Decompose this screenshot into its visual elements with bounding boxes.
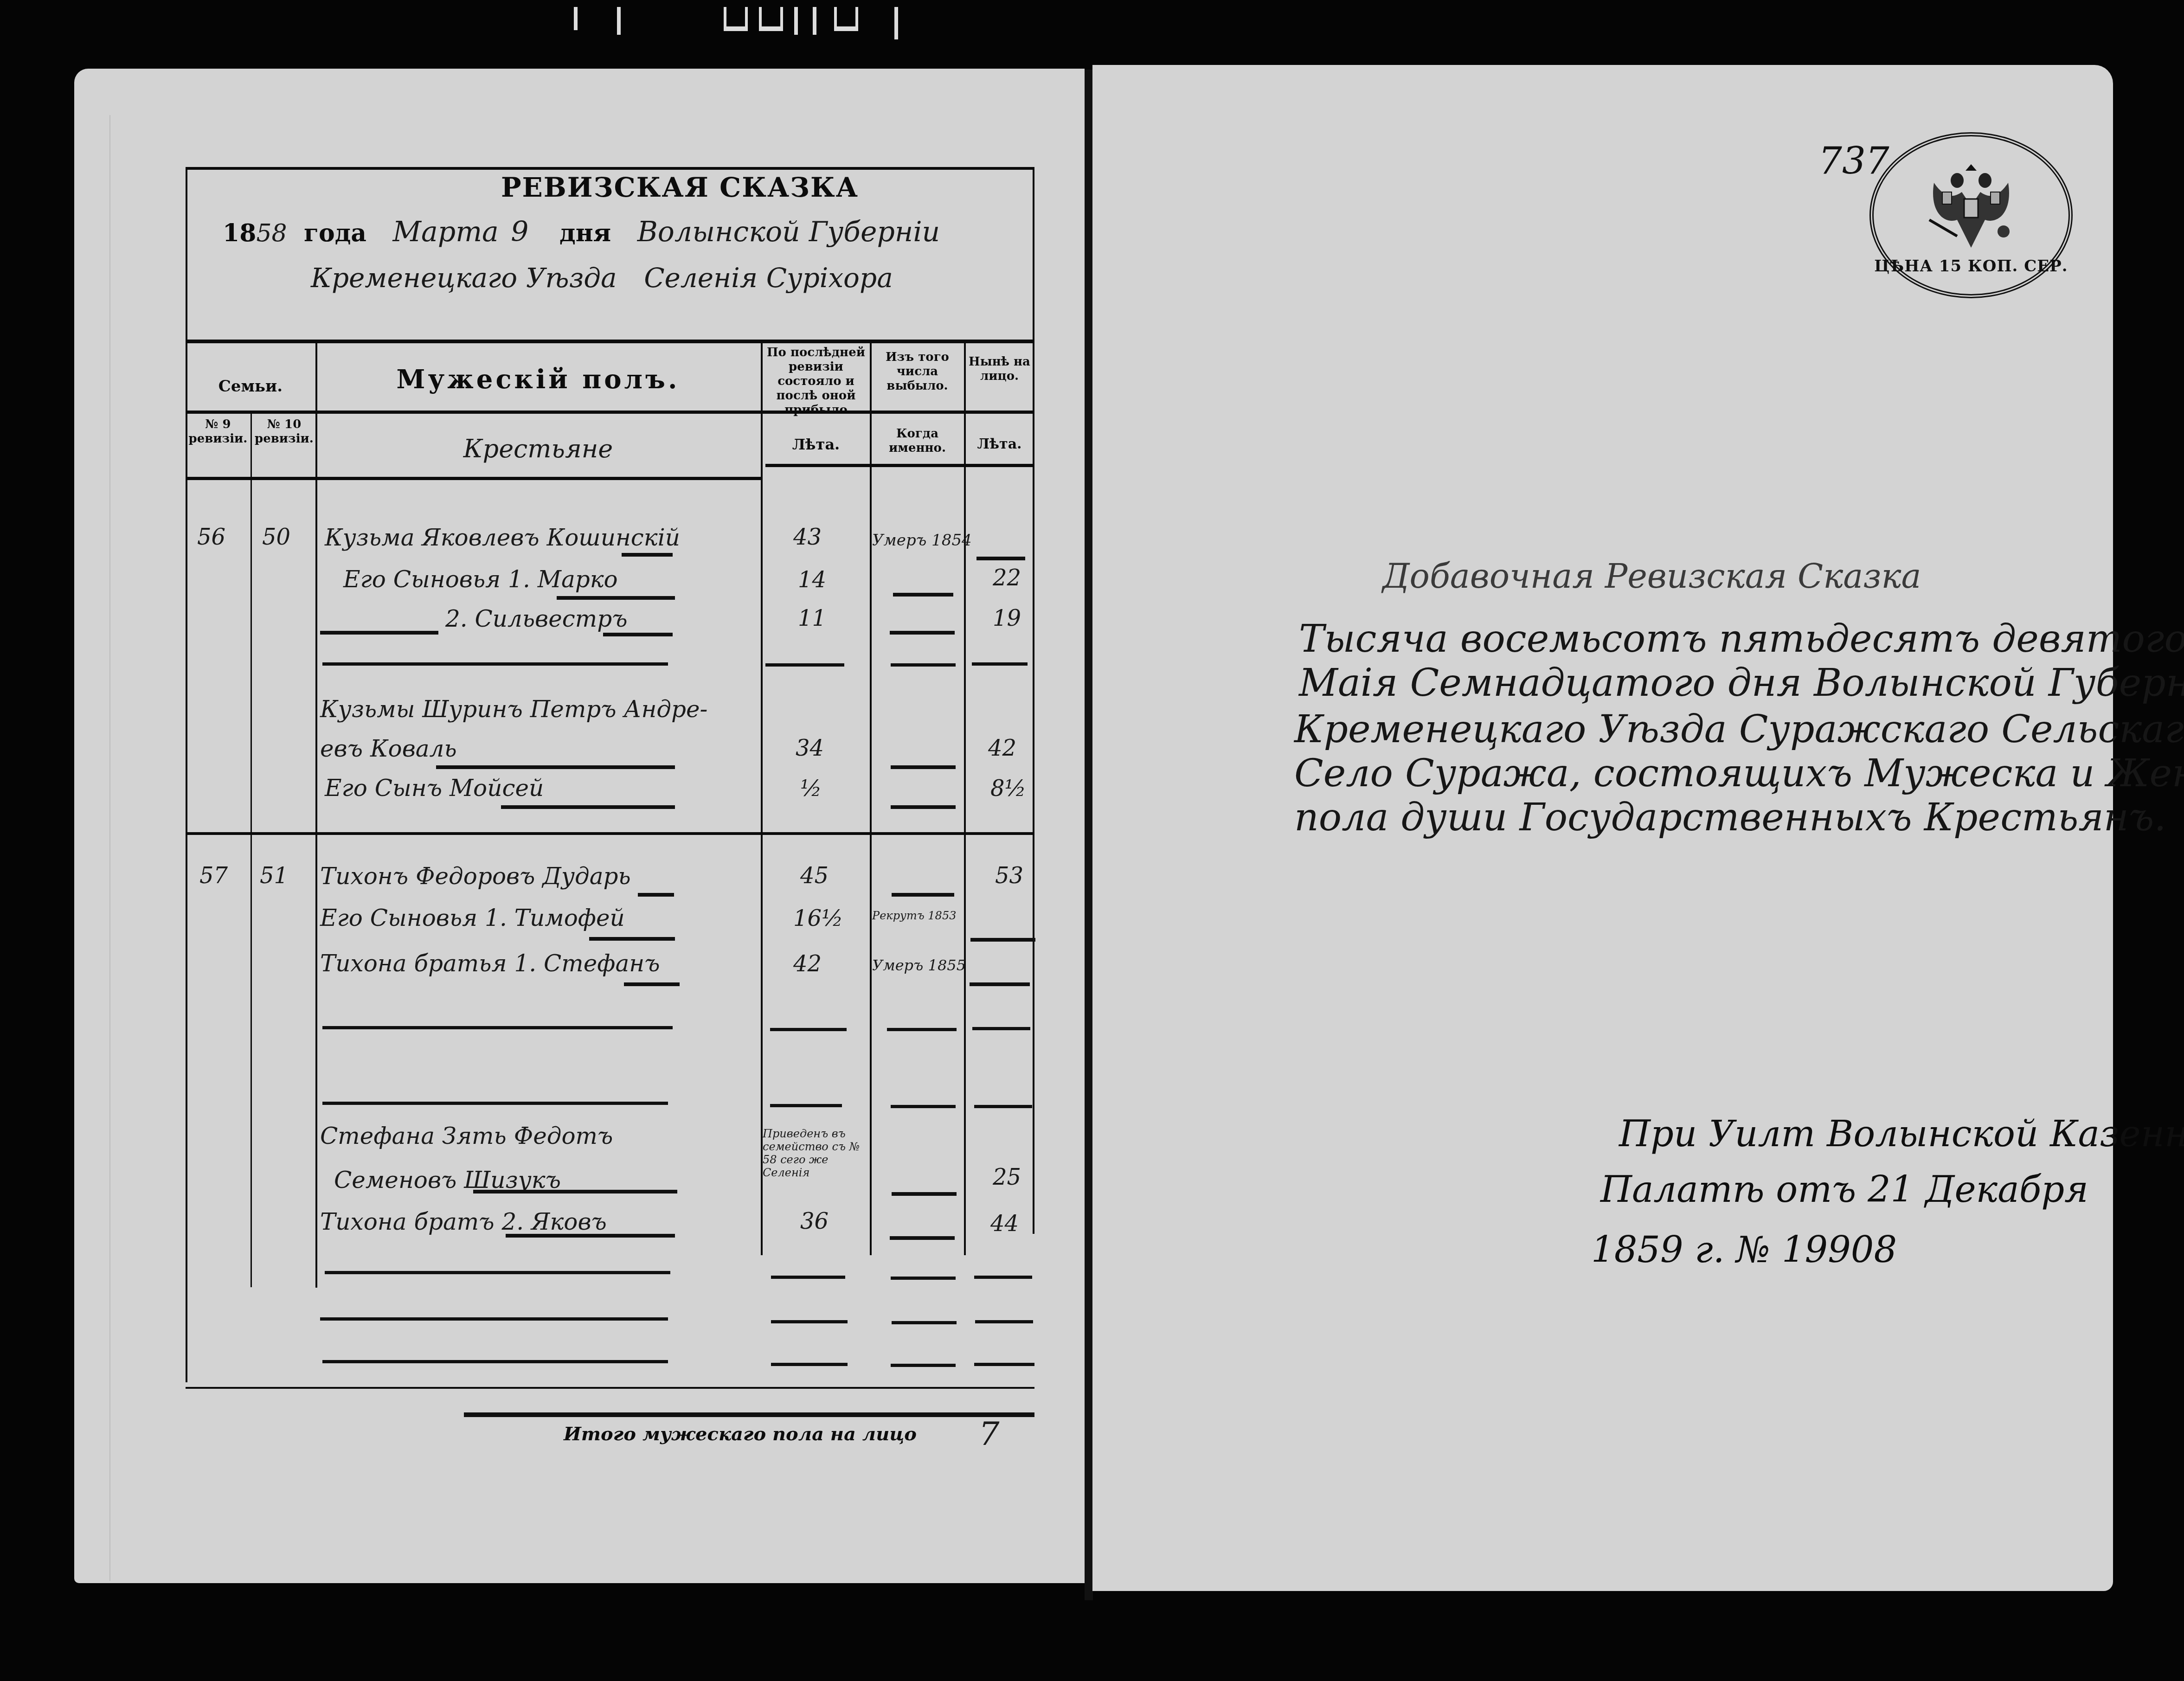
col-header-years: Лѣта. (763, 436, 869, 453)
day: 9 (511, 216, 528, 248)
header-bottom-rule (186, 340, 1034, 343)
cell-name: Стефана Зять Федотъ (320, 1123, 613, 1149)
month: Марта (393, 216, 499, 248)
dash (557, 596, 675, 600)
revision-form: РЕВИЗСКАЯ СКАЗКА 1858 года Марта 9 дня В… (186, 167, 1034, 1382)
total-label: Итого мужескаго пола на лицо (564, 1423, 917, 1445)
col-header-when: Когда именно. (872, 427, 963, 456)
cell-name: Кузьма Яковлевъ Кошинскiй (325, 524, 680, 551)
blank-rule (770, 1104, 842, 1107)
total-value: 7 (979, 1415, 1000, 1453)
blank-rule (887, 1028, 957, 1031)
revenue-stamp: ЦѢНА 15 КОП. СЕР. (1869, 132, 2073, 298)
scan-ruler (0, 0, 2184, 37)
cell-present: 19 (993, 605, 1021, 631)
province: Волынской Губернiи (637, 216, 940, 248)
col-header-last-revision: По послѣдней ревизiи состояло и послѣ он… (763, 346, 869, 417)
registration-note: Палатѣ отъ 21 Декабря (1600, 1169, 2088, 1211)
district: Кременецкаго Уѣзда (311, 262, 617, 294)
cell-years: 14 (798, 567, 826, 593)
col-rule (870, 341, 872, 1255)
dash (320, 631, 438, 635)
cell-when: Умеръ 1854 (872, 531, 972, 550)
form-title: РЕВИЗСКАЯ СКАЗКА (501, 172, 859, 203)
dash (972, 662, 1028, 666)
dash (603, 633, 673, 636)
dash (322, 662, 668, 666)
dash (890, 631, 955, 635)
cell-name: Его Сыновья 1. Тимофей (320, 905, 625, 931)
dash (501, 805, 675, 809)
blank-rule (891, 1105, 956, 1108)
ruler-tick (894, 7, 898, 39)
registration-note: При Уилт Волынской Казенной (1619, 1113, 2184, 1155)
blank-rule (320, 1317, 668, 1321)
cell-present: 25 (993, 1164, 1021, 1190)
ruler-tick (574, 7, 578, 30)
cell-when: Рекрутъ 1853 (872, 909, 960, 922)
totals-rule (464, 1412, 1034, 1417)
day-label: дня (559, 219, 611, 247)
col-rule (761, 341, 763, 1255)
year-printed: 18 (223, 219, 256, 247)
blank-rule (892, 1321, 957, 1324)
form-left-rule (186, 167, 187, 1382)
cell-when: Умеръ 1855 (872, 956, 966, 974)
dash (622, 553, 673, 557)
supplement-title: Добавочная Ревизская Сказка (1382, 557, 1921, 596)
cell-rev10: 50 (262, 524, 290, 550)
cell-years: 11 (798, 605, 826, 631)
subheader-bottom-rule (186, 477, 761, 480)
text-line: Село Суража, состоящихъ Мужеска и Женска (1294, 751, 2184, 796)
blank-rule (974, 1276, 1032, 1279)
blank-rule (891, 1277, 956, 1280)
cell-name: Тихонъ Федоровъ Дударь (320, 863, 631, 890)
blank-rule (325, 1271, 670, 1274)
col-header-estate: Крестьяне (315, 441, 761, 457)
blank-rule (974, 1105, 1032, 1108)
blank-rule (974, 1363, 1034, 1366)
cell-years: 42 (793, 951, 822, 977)
cell-name: Тихона братья 1. Стефанъ (320, 950, 660, 977)
ruler-tick (617, 7, 621, 35)
dash (970, 938, 1035, 942)
blank-rule (891, 1364, 956, 1367)
ruler-tick (794, 7, 798, 35)
village: Селенiя Сурiхора (644, 262, 893, 294)
table-bottom-rule (186, 1387, 1034, 1389)
col-rule (315, 341, 317, 1288)
folio-number: 737 (1818, 139, 1889, 182)
col-header-present: Нынѣ на лицо. (966, 355, 1033, 384)
dash (589, 937, 675, 941)
text-line: Тысяча восемьсотъ пятьдесятъ девятого го… (1299, 617, 2184, 661)
dash (892, 1192, 957, 1196)
dash (624, 982, 680, 986)
cell-name: евъ Коваль (320, 735, 457, 762)
col-header-rev10: № 10 ревизiи. (253, 417, 315, 446)
col-rule (964, 341, 966, 1255)
cell-present: 8½ (990, 776, 1026, 802)
subheader-bottom-rule (765, 464, 1034, 467)
blank-rule (975, 1320, 1033, 1323)
ruler-mark (759, 7, 783, 31)
form-header-place: Кременецкаго Уѣзда Селенiя Сурiхора (311, 262, 893, 294)
cell-rev9: 56 (197, 524, 225, 550)
cell-name: 2. Сильвестръ (445, 605, 628, 632)
blank-rule (972, 1027, 1030, 1030)
registration-note: 1859 г. № 19908 (1591, 1229, 1897, 1271)
dash (891, 805, 956, 809)
transfer-note-line1: Приведенъ въ (763, 1127, 846, 1140)
cell-name: Его Сыновья 1. Марко (343, 566, 618, 593)
dash (970, 982, 1030, 986)
cell-name: Кузьмы Шуринъ Петръ Андре- (320, 696, 708, 723)
ruler-mark (724, 7, 748, 31)
blank-rule (322, 1026, 673, 1029)
dash (891, 663, 956, 667)
dash (891, 765, 956, 769)
form-header-date: 1858 года Марта 9 дня Волынской Губернiи (223, 216, 940, 248)
col-header-rev9: № 9 ревизiи. (188, 417, 248, 446)
year-written: 58 (256, 219, 287, 247)
cell-years: 36 (800, 1208, 829, 1234)
blank-rule (770, 1028, 847, 1031)
family-divider (186, 832, 1034, 835)
blank-rule (322, 1102, 668, 1105)
book-gutter (1085, 70, 1093, 1600)
cell-years: 43 (793, 524, 822, 550)
dash (638, 893, 674, 897)
blank-rule (771, 1276, 845, 1279)
ruler-mark (834, 7, 858, 31)
cell-present: 44 (990, 1211, 1019, 1237)
cell-rev9: 57 (199, 863, 228, 889)
dash (436, 765, 675, 769)
dash (892, 893, 954, 897)
cell-present: 22 (993, 565, 1021, 591)
col-header-male-sex: Мужескiй полъ. (315, 371, 761, 388)
cell-years: 16½ (793, 905, 843, 931)
cell-present: 53 (995, 863, 1023, 889)
ruler-tick (813, 7, 816, 35)
dash (765, 663, 844, 667)
year-label: года (304, 219, 366, 247)
cell-years: ½ (800, 776, 822, 802)
col-header-families: Семьи. (186, 378, 315, 395)
subheader-rule (186, 411, 1034, 414)
dash (473, 1190, 677, 1193)
blank-rule (771, 1363, 848, 1366)
cell-present: 42 (988, 735, 1016, 761)
text-line: пола души Государственныхъ Крестьянъ. (1294, 796, 2166, 840)
col-header-present-years: Лѣта. (966, 436, 1033, 453)
col-header-departed: Изъ того числа выбыло. (872, 350, 963, 393)
text-line: Маiя Семнадцатого дня Волынской Губернiи (1299, 661, 2184, 705)
cell-note: Приведенъ въ семейство съ № 58 сего же С… (763, 1127, 872, 1179)
form-right-rule (1033, 167, 1034, 1234)
form-top-rule (186, 167, 1034, 170)
cell-years: 45 (800, 863, 829, 889)
dash (976, 557, 1025, 560)
cell-name: Его Сынъ Мойсей (325, 775, 544, 802)
blank-rule (771, 1320, 848, 1323)
cell-years: 34 (796, 735, 824, 761)
cell-rev10: 51 (260, 863, 288, 889)
double-headed-eagle-icon (1925, 155, 2017, 257)
transfer-note-line2: семейство съ № 58 сего же Селенiя (763, 1140, 860, 1179)
text-line: Кременецкаго Уѣзда Суражскаго Сельскаго … (1294, 707, 2184, 751)
dash (890, 1236, 955, 1240)
page-margin-line (109, 115, 110, 1581)
col-rule (251, 411, 252, 1287)
cell-name: Тихона братъ 2. Яковъ (320, 1208, 607, 1235)
dash (893, 593, 953, 597)
dash (506, 1234, 675, 1238)
blank-rule (322, 1360, 668, 1363)
stamp-price: ЦѢНА 15 КОП. СЕР. (1874, 257, 2068, 276)
